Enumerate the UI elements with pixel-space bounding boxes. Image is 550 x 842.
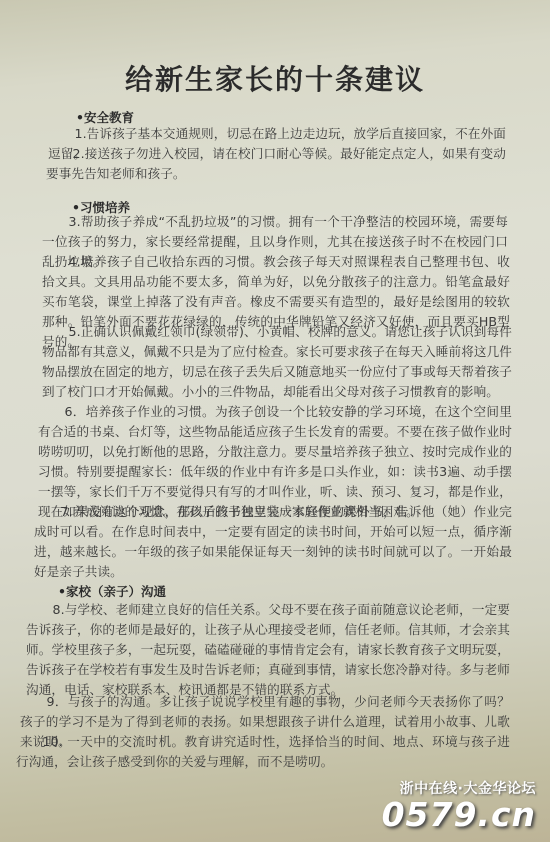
paragraph-10: 10. 一天中的交流时机。教育讲究适时性，选择恰当的时间、地点、环境与孩子进行沟… — [16, 732, 510, 772]
watermark-domain: 0579.cn — [356, 798, 536, 832]
watermark-logo: 浙中在线·大金华论坛 0579.cn — [356, 778, 536, 832]
paragraph-7: 7.养成阅读的习惯。在孩子的书包里装一本轻便的课外书，告诉他（她）作业完成时可以… — [34, 502, 512, 582]
paragraph-5: 5.正确认识佩戴红领巾(绿领带)、小黄帽、校牌的意义。请您让孩子认识到每件物品都… — [42, 322, 512, 402]
document-page: 给新生家长的十条建议 •安全教育 1.告诉孩子基本交通规则，切忌在路上边走边玩，… — [0, 0, 550, 842]
section-heading-communication: •家校（亲子）沟通 — [58, 582, 166, 600]
document-title: 给新生家长的十条建议 — [0, 58, 550, 98]
paragraph-2: 2.接送孩子勿进入校园，请在校门口耐心等候。最好能定点定人，如果有变动要事先告知… — [46, 144, 506, 184]
paragraph-8: 8.与学校、老师建立良好的信任关系。父母不要在孩子面前随意议论老师，一定要告诉孩… — [26, 600, 510, 700]
